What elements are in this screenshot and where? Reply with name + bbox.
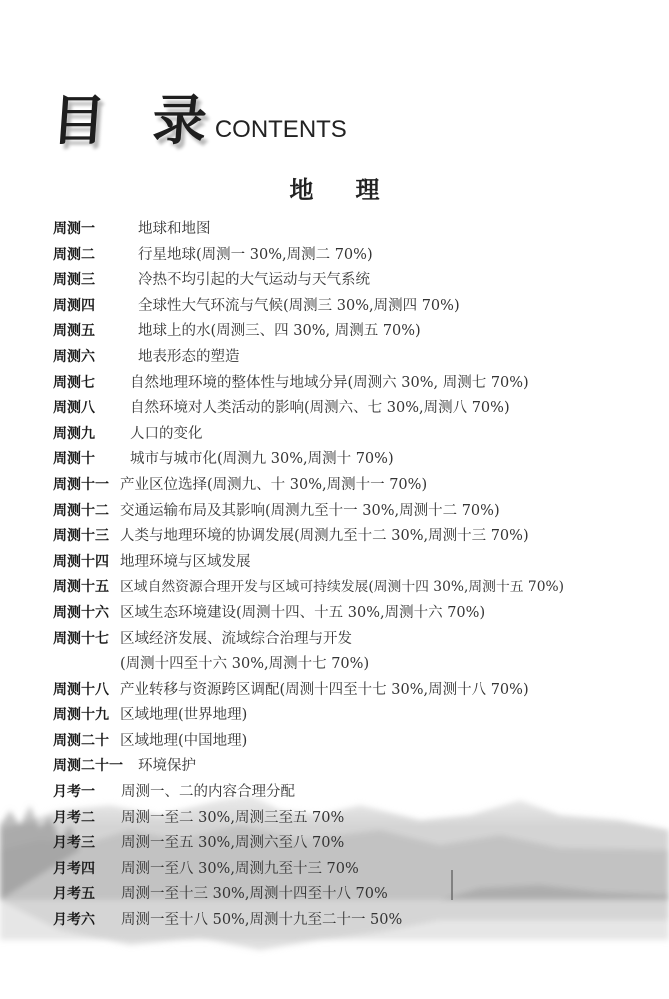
toc-entry[interactable]: 周测十四地理环境与区域发展	[53, 550, 564, 576]
entry-label: 周测四	[53, 294, 138, 320]
entry-title: 周测一至八 30%,周测九至十三 70%	[121, 857, 359, 883]
toc-entry-monthly[interactable]: 月考五周测一至十三 30%,周测十四至十八 70%	[53, 882, 564, 908]
entry-label: 周测二十	[53, 729, 120, 755]
toc-entry-continuation: (周测十四至十六 30%,周测十七 70%)	[53, 652, 564, 678]
entry-label: 周测三	[53, 268, 138, 294]
toc-entry[interactable]: 周测六地表形态的塑造	[53, 345, 564, 371]
toc-entry[interactable]: 周测一地球和地图	[53, 217, 564, 243]
entry-title: 交通运输布局及其影响(周测九至十一 30%,周测十二 70%)	[120, 499, 500, 525]
toc-entry-monthly[interactable]: 月考三周测一至五 30%,周测六至八 70%	[53, 831, 564, 857]
toc-entry[interactable]: 周测十二交通运输布局及其影响(周测九至十一 30%,周测十二 70%)	[53, 499, 564, 525]
entry-label: 周测二十一	[53, 754, 138, 780]
entry-title: 人口的变化	[130, 422, 203, 448]
entry-title: 区域地理(世界地理)	[120, 703, 247, 729]
entry-label: 月考五	[53, 882, 121, 908]
entry-title: 周测一、二的内容合理分配	[121, 780, 295, 806]
entry-label: 周测一	[53, 217, 138, 243]
entry-label: 周测二	[53, 243, 138, 269]
toc-entry[interactable]: 周测十七区域经济发展、流域综合治理与开发	[53, 627, 564, 653]
entry-title: 区域经济发展、流域综合治理与开发	[120, 627, 352, 653]
entry-title: 周测一至二 30%,周测三至五 70%	[121, 806, 344, 832]
entry-label: 月考四	[53, 857, 121, 883]
entry-title: 区域自然资源合理开发与区域可持续发展(周测十四 30%,周测十五 70%)	[120, 575, 564, 601]
entry-label: 周测十五	[53, 575, 120, 601]
toc-entry[interactable]: 周测十城市与城市化(周测九 30%,周测十 70%)	[53, 447, 564, 473]
title-chinese: 目 录	[49, 78, 223, 155]
entry-label: 周测十七	[53, 627, 120, 653]
toc-entry[interactable]: 周测十六区域生态环境建设(周测十四、十五 30%,周测十六 70%)	[53, 601, 564, 627]
table-of-contents: 周测一地球和地图 周测二行星地球(周测一 30%,周测二 70%) 周测三冷热不…	[53, 217, 564, 934]
subject-char-2: 理	[356, 170, 380, 205]
entry-label: 周测十一	[53, 473, 120, 499]
entry-title: 自然环境对人类活动的影响(周测六、七 30%,周测八 70%)	[130, 396, 510, 422]
toc-entry[interactable]: 周测四全球性大气环流与气候(周测三 30%,周测四 70%)	[53, 294, 564, 320]
entry-label: 周测十六	[53, 601, 120, 627]
toc-entry[interactable]: 周测五地球上的水(周测三、四 30%, 周测五 70%)	[53, 319, 564, 345]
toc-entry[interactable]: 周测七自然地理环境的整体性与地域分异(周测六 30%, 周测七 70%)	[53, 371, 564, 397]
entry-title: 周测一至十三 30%,周测十四至十八 70%	[121, 882, 388, 908]
toc-entry[interactable]: 周测十九区域地理(世界地理)	[53, 703, 564, 729]
entry-label: 周测九	[53, 422, 130, 448]
entry-title: 地理环境与区域发展	[120, 550, 251, 576]
entry-label: 周测五	[53, 319, 138, 345]
toc-entry[interactable]: 周测二行星地球(周测一 30%,周测二 70%)	[53, 243, 564, 269]
entry-title: 周测一至十八 50%,周测十九至二十一 50%	[121, 908, 402, 934]
entry-label: 月考六	[53, 908, 121, 934]
entry-label: 月考二	[53, 806, 121, 832]
entry-label: 周测八	[53, 396, 130, 422]
toc-entry-monthly[interactable]: 月考六周测一至十八 50%,周测十九至二十一 50%	[53, 908, 564, 934]
toc-entry-monthly[interactable]: 月考二周测一至二 30%,周测三至五 70%	[53, 806, 564, 832]
entry-label: 周测十	[53, 447, 130, 473]
toc-entry[interactable]: 周测八自然环境对人类活动的影响(周测六、七 30%,周测八 70%)	[53, 396, 564, 422]
toc-entry-monthly[interactable]: 月考一周测一、二的内容合理分配	[53, 780, 564, 806]
toc-entry[interactable]: 周测十八产业转移与资源跨区调配(周测十四至十七 30%,周测十八 70%)	[53, 678, 564, 704]
toc-entry[interactable]: 周测十三人类与地理环境的协调发展(周测九至十二 30%,周测十三 70%)	[53, 524, 564, 550]
entry-title: 人类与地理环境的协调发展(周测九至十二 30%,周测十三 70%)	[120, 524, 529, 550]
toc-entry[interactable]: 周测二十一环境保护	[53, 754, 564, 780]
entry-title: 冷热不均引起的大气运动与天气系统	[138, 268, 370, 294]
entry-title: 城市与城市化(周测九 30%,周测十 70%)	[130, 447, 394, 473]
toc-entry[interactable]: 周测十五区域自然资源合理开发与区域可持续发展(周测十四 30%,周测十五 70%…	[53, 575, 564, 601]
entry-title: 区域生态环境建设(周测十四、十五 30%,周测十六 70%)	[120, 601, 485, 627]
entry-label: 周测十八	[53, 678, 120, 704]
entry-label: 周测十三	[53, 524, 120, 550]
entry-title: 环境保护	[138, 754, 196, 780]
entry-title: 自然地理环境的整体性与地域分异(周测六 30%, 周测七 70%)	[130, 371, 529, 397]
entry-title: 区域地理(中国地理)	[120, 729, 247, 755]
entry-label: 月考一	[53, 780, 121, 806]
toc-entry[interactable]: 周测九人口的变化	[53, 422, 564, 448]
entry-title: 全球性大气环流与气候(周测三 30%,周测四 70%)	[138, 294, 460, 320]
entry-title: 地球和地图	[138, 217, 211, 243]
entry-label: 周测七	[53, 371, 130, 397]
toc-entry[interactable]: 周测三冷热不均引起的大气运动与天气系统	[53, 268, 564, 294]
entry-title: 地表形态的塑造	[138, 345, 240, 371]
entry-title: 周测一至五 30%,周测六至八 70%	[121, 831, 344, 857]
entry-label: 周测十二	[53, 499, 120, 525]
title-english: CONTENTS	[215, 116, 347, 144]
page-header: 目 录CONTENTS	[52, 78, 347, 155]
entry-label: 周测十四	[53, 550, 120, 576]
toc-entry[interactable]: 周测十一产业区位选择(周测九、十 30%,周测十一 70%)	[53, 473, 564, 499]
entry-label: 周测十九	[53, 703, 120, 729]
entry-title: 产业转移与资源跨区调配(周测十四至十七 30%,周测十八 70%)	[120, 678, 529, 704]
subject-char-1: 地	[290, 170, 314, 205]
entry-label: 周测六	[53, 345, 138, 371]
entry-title: 地球上的水(周测三、四 30%, 周测五 70%)	[138, 319, 421, 345]
entry-title: 行星地球(周测一 30%,周测二 70%)	[138, 243, 373, 269]
entry-title: 产业区位选择(周测九、十 30%,周测十一 70%)	[120, 473, 427, 499]
subject-heading: 地理	[0, 170, 669, 205]
entry-label: 月考三	[53, 831, 121, 857]
toc-entry[interactable]: 周测二十区域地理(中国地理)	[53, 729, 564, 755]
entry-title-continued: (周测十四至十六 30%,周测十七 70%)	[120, 652, 369, 678]
toc-entry-monthly[interactable]: 月考四周测一至八 30%,周测九至十三 70%	[53, 857, 564, 883]
